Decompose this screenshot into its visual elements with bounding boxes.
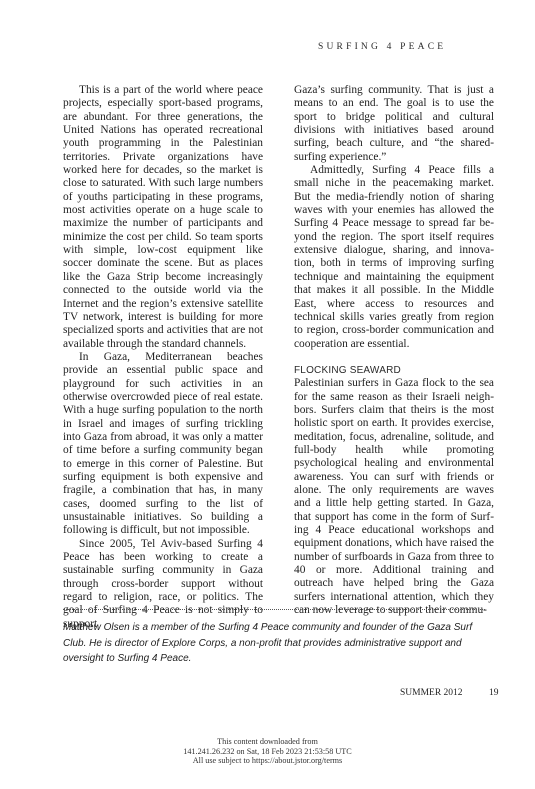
- issue-label: SUMMER 2012: [400, 688, 463, 698]
- paragraph: In Gaza, Mediterranean beaches provide a…: [63, 351, 263, 538]
- download-notice: This content downloaded from 141.241.26.…: [0, 737, 535, 766]
- paragraph: Palestinian surfers in Gaza flock to the…: [294, 377, 494, 617]
- left-column: This is a part of the world where peace …: [63, 84, 263, 631]
- paragraph: Since 2005, Tel Aviv-based Surfing 4 Pea…: [63, 538, 263, 631]
- paragraph: This is a part of the world where peace …: [63, 84, 263, 351]
- page-number: 19: [489, 688, 499, 698]
- paragraph: Gaza’s surfing community. That is just a…: [294, 84, 494, 164]
- right-column: Gaza’s surfing community. That is just a…: [294, 84, 494, 631]
- paragraph: Admittedly, Surfing 4 Peace fills a smal…: [294, 164, 494, 351]
- notice-line: 141.241.26.232 on Sat, 18 Feb 2023 21:53…: [0, 747, 535, 757]
- running-head: SURFING 4 PEACE: [318, 42, 518, 52]
- dotted-divider: [63, 609, 485, 610]
- notice-line: All use subject to https://about.jstor.o…: [0, 756, 535, 766]
- article-body: This is a part of the world where peace …: [63, 84, 494, 631]
- author-bio: Matthew Olsen is a member of the Surfing…: [63, 620, 483, 667]
- notice-line: This content downloaded from: [0, 737, 535, 747]
- section-heading: FLOCKING SEAWARD: [294, 364, 494, 377]
